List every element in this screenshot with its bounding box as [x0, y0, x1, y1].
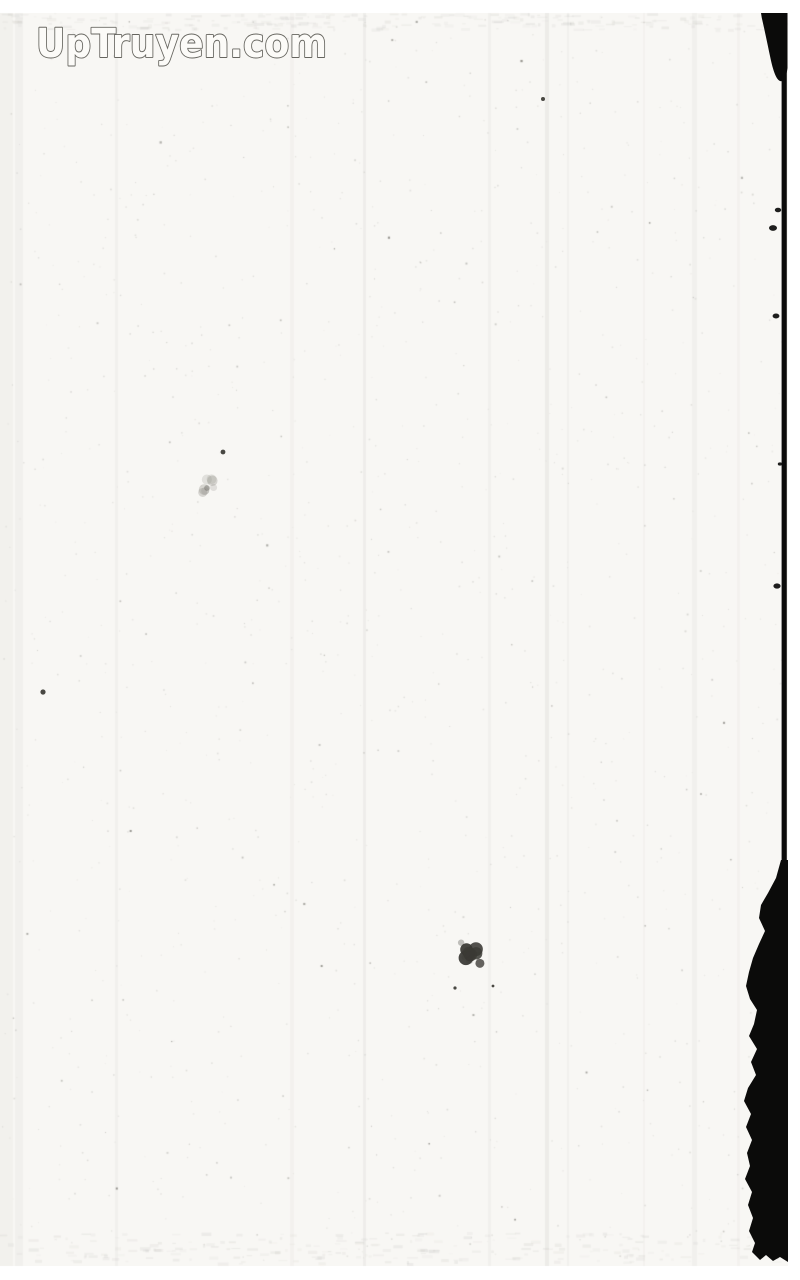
scanned-manga-page: UpTruyen.com [0, 0, 800, 1280]
paper-texture [0, 0, 800, 1280]
